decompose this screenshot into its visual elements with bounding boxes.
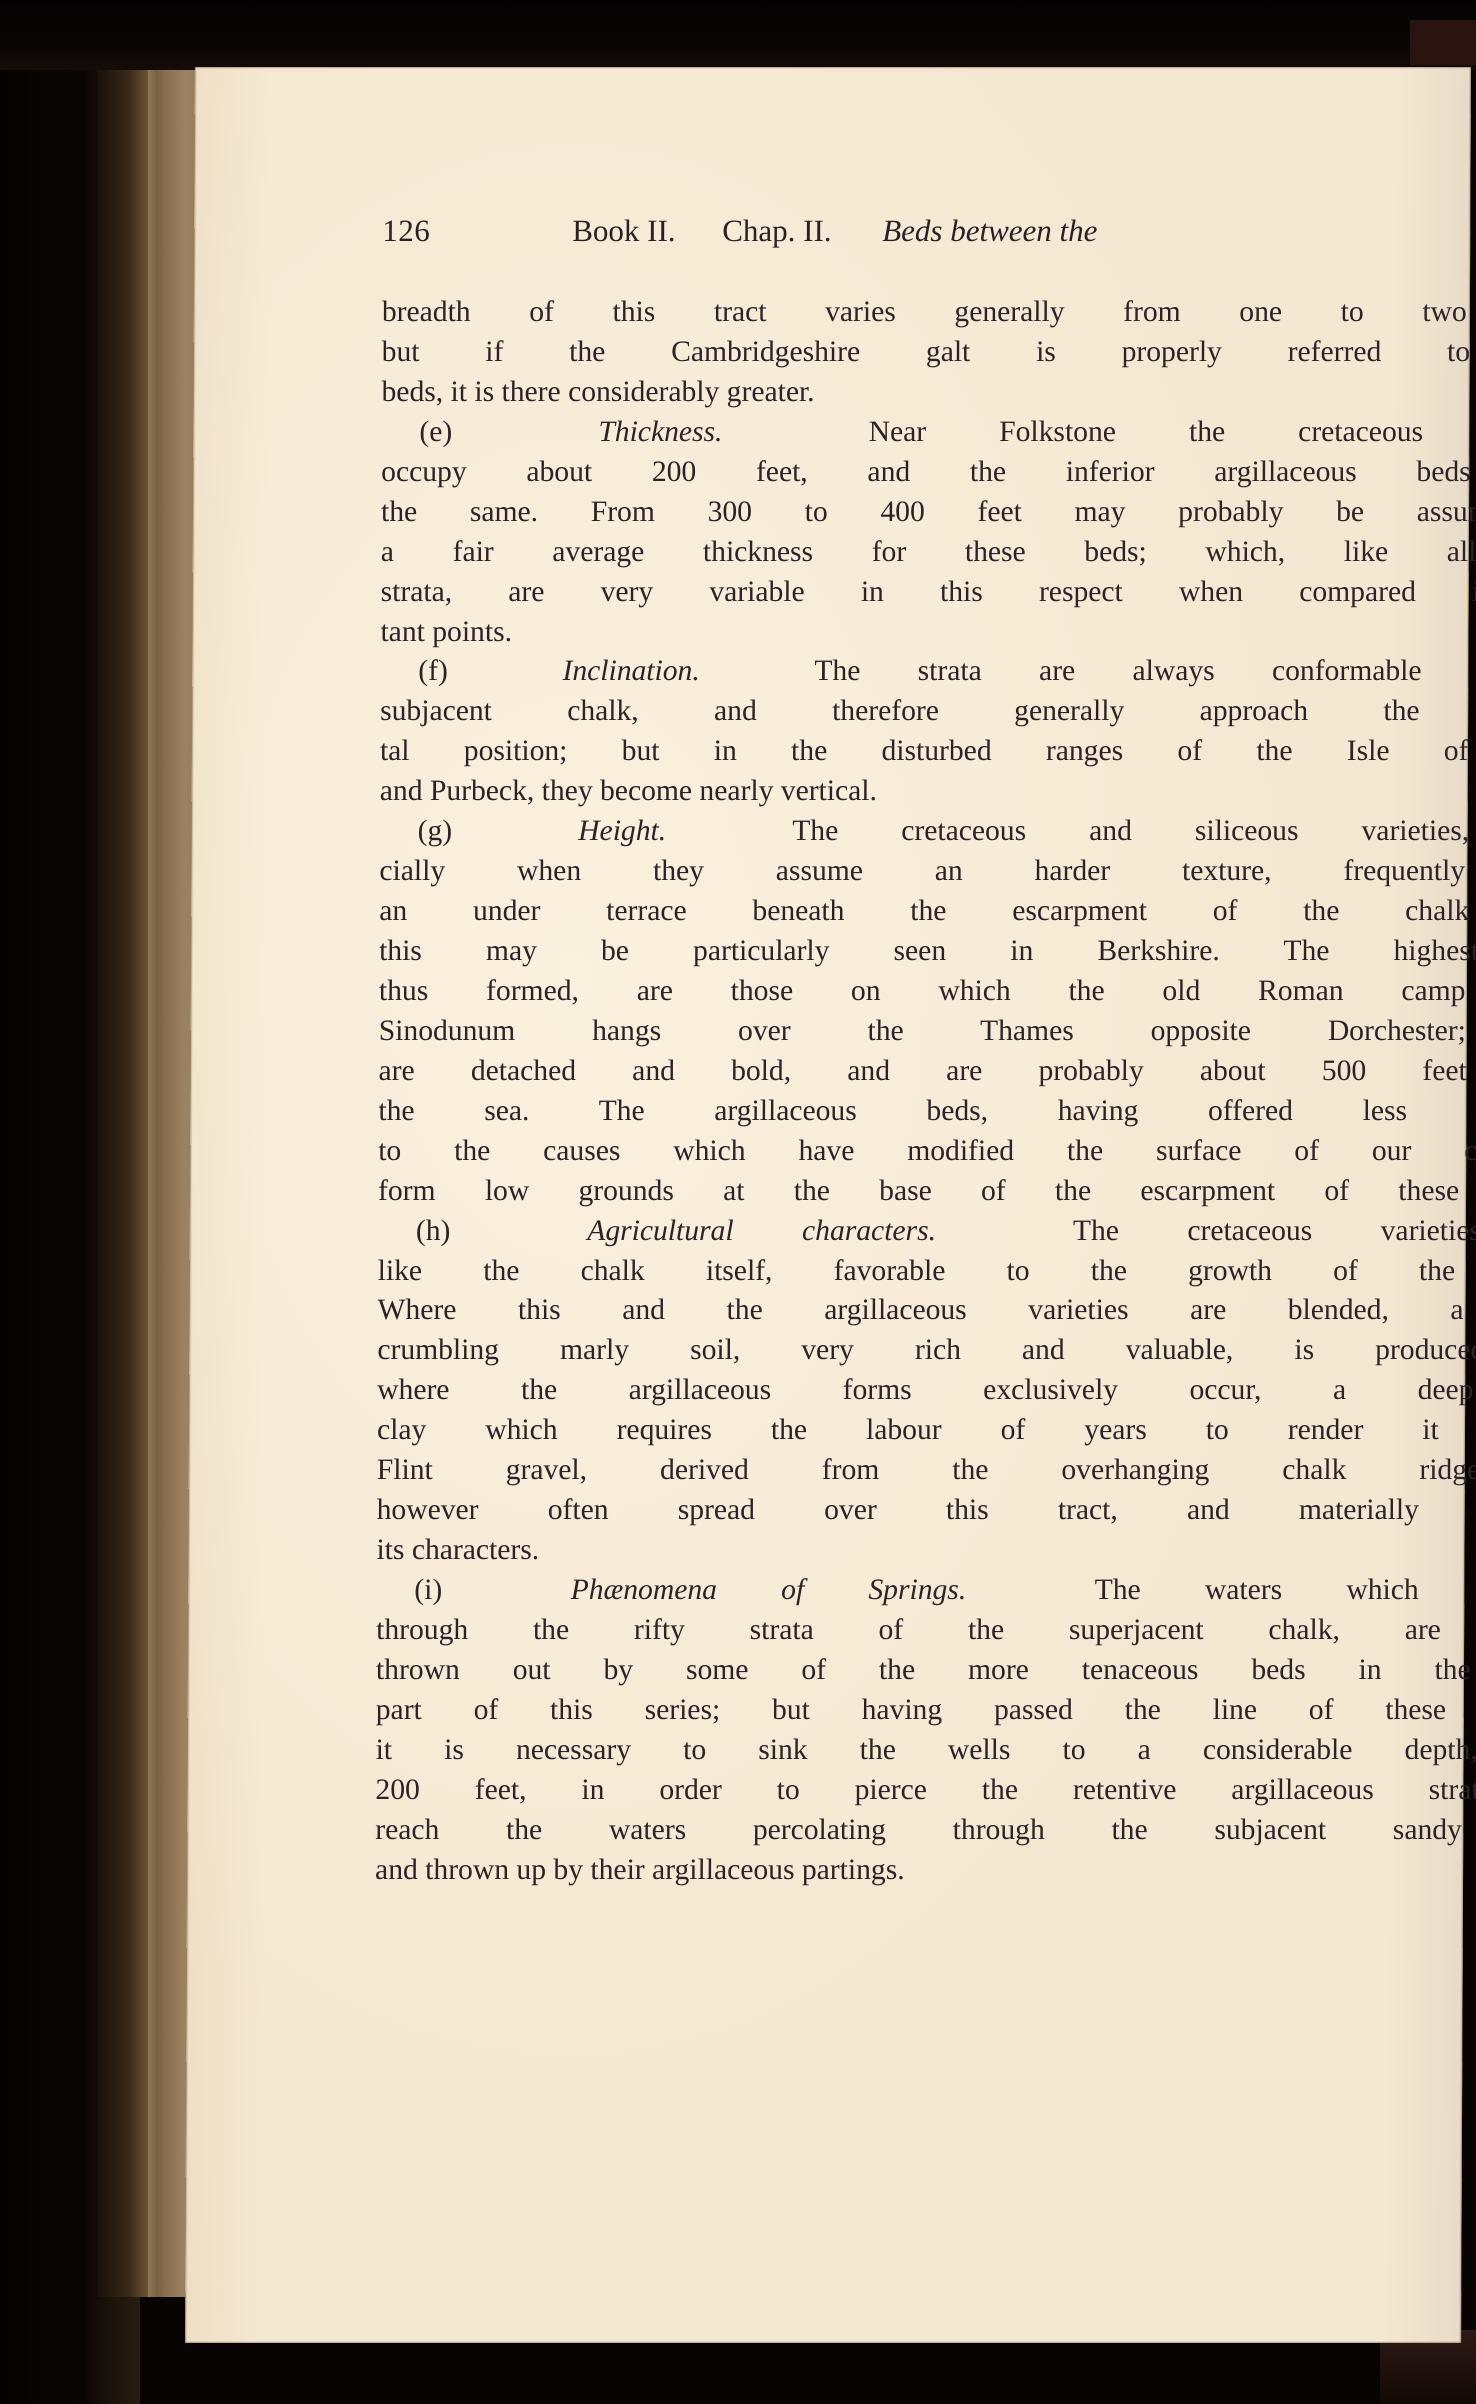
paragraph-first-line: (h) Agricultural characters. The cretace… (378, 1212, 1476, 1252)
paragraph-intro: breadth of this tract varies generally f… (381, 293, 1476, 413)
text-line: its characters. (376, 1531, 1476, 1571)
text-line: through the rifty strata of the superjac… (376, 1611, 1476, 1651)
body-text: breadth of this tract varies generally f… (375, 293, 1476, 1891)
paragraph-first-line: (f) Inclination. The strata are always c… (380, 652, 1476, 692)
text-line: like the chalk itself, favorable to the … (378, 1252, 1476, 1292)
section-heading: Thickness. (598, 416, 722, 448)
text-line: the same. From 300 to 400 feet may proba… (381, 493, 1476, 533)
section-marker: (f) (418, 655, 448, 687)
text-line: strata, are very variable in this respec… (381, 573, 1476, 613)
text-line: cially when they assume an harder textur… (379, 852, 1476, 892)
text-line: where the argillaceous forms exclusively… (377, 1371, 1476, 1411)
text-line: occupy about 200 feet, and the inferior … (381, 453, 1476, 493)
paragraph-inclination: (f) Inclination. The strata are always c… (380, 652, 1476, 812)
text-line: but if the Cambridgeshire galt is proper… (382, 333, 1476, 373)
paragraph-agricultural-characters: (h) Agricultural characters. The cretace… (376, 1212, 1476, 1571)
text-run: The strata are always conformable to the (814, 655, 1476, 687)
text-line: thrown out by some of the more tenaceous… (376, 1651, 1476, 1691)
section-heading: Agricultural characters. (587, 1215, 936, 1247)
text-line: are detached and bold, and are probably … (378, 1052, 1476, 1092)
section-heading: Height. (578, 815, 666, 847)
text-line: it is necessary to sink the wells to a c… (376, 1731, 1476, 1771)
paragraph-first-line: (g) Height. The cretaceous and siliceous… (380, 812, 1476, 852)
text-line: and thrown up by their argillaceous part… (375, 1851, 1476, 1891)
section-marker: (i) (414, 1574, 442, 1606)
paragraph-height: (g) Height. The cretaceous and siliceous… (378, 812, 1476, 1211)
text-line: tant points. (380, 613, 1476, 653)
text-line: 200 feet, in order to pierce the retenti… (375, 1771, 1476, 1811)
text-line: breadth of this tract varies generally f… (382, 293, 1476, 333)
section-heading: Phænomena of Springs. (571, 1574, 967, 1606)
text-line: part of this series; but having passed t… (376, 1691, 1476, 1731)
text-line: Flint gravel, derived from the overhangi… (377, 1451, 1476, 1491)
text-line: this may be particularly seen in Berkshi… (379, 932, 1476, 972)
text-line: beds, it is there considerably greater. (381, 373, 1476, 413)
top-frame (0, 0, 1476, 70)
text-line: a fair average thickness for these beds;… (381, 533, 1476, 573)
paragraph-phaenomena-of-springs: (i) Phænomena of Springs. The waters whi… (375, 1571, 1476, 1891)
text-line: an under terrace beneath the escarpment … (379, 892, 1476, 932)
text-line: clay which requires the labour of years … (377, 1411, 1476, 1451)
text-line: to the causes which have modified the su… (378, 1132, 1476, 1172)
right-frame-top (1410, 20, 1476, 65)
section-marker: (h) (416, 1215, 451, 1247)
text-line: form low grounds at the base of the esca… (378, 1172, 1476, 1212)
book-page: 126 Book II. Chap. II. Beds between the … (185, 67, 1471, 2343)
paragraph-first-line: (e) Thickness. Near Folkstone the cretac… (381, 413, 1476, 453)
text-line: thus formed, are those on which the old … (379, 972, 1476, 1012)
page-number: 126 (382, 213, 430, 249)
text-run: Near Folkstone the cretaceous varieties (869, 416, 1476, 448)
text-line: however often spread over this tract, an… (377, 1491, 1476, 1531)
section-heading: Inclination. (562, 655, 699, 687)
text-line: crumbling marly soil, very rich and valu… (377, 1331, 1476, 1371)
text-run: The cretaceous and siliceous varieties, … (792, 815, 1476, 847)
running-head: 126 Book II. Chap. II. Beds between the (382, 213, 1476, 253)
text-line: Sinodunum hangs over the Thames opposite… (379, 1012, 1476, 1052)
running-head-book: Book II. (572, 213, 675, 249)
running-head-chapter: Chap. II. (722, 213, 832, 249)
text-line: subjacent chalk, and therefore generally… (380, 692, 1476, 732)
section-marker: (g) (418, 815, 453, 847)
text-line: Where this and the argillaceous varietie… (377, 1291, 1476, 1331)
text-run: The cretaceous varieties are, (1073, 1215, 1476, 1247)
text-line: reach the waters percolating through the… (375, 1811, 1476, 1851)
text-line: the sea. The argillaceous beds, having o… (378, 1092, 1476, 1132)
section-marker: (e) (419, 416, 452, 448)
text-line: and Purbeck, they become nearly vertical… (380, 772, 1476, 812)
paragraph-thickness: (e) Thickness. Near Folkstone the cretac… (380, 413, 1476, 653)
running-head-title: Beds between the (882, 213, 1097, 249)
text-line: tal position; but in the disturbed range… (380, 732, 1476, 772)
text-run: The waters which percolate (1095, 1574, 1476, 1606)
paragraph-first-line: (i) Phænomena of Springs. The waters whi… (376, 1571, 1476, 1611)
